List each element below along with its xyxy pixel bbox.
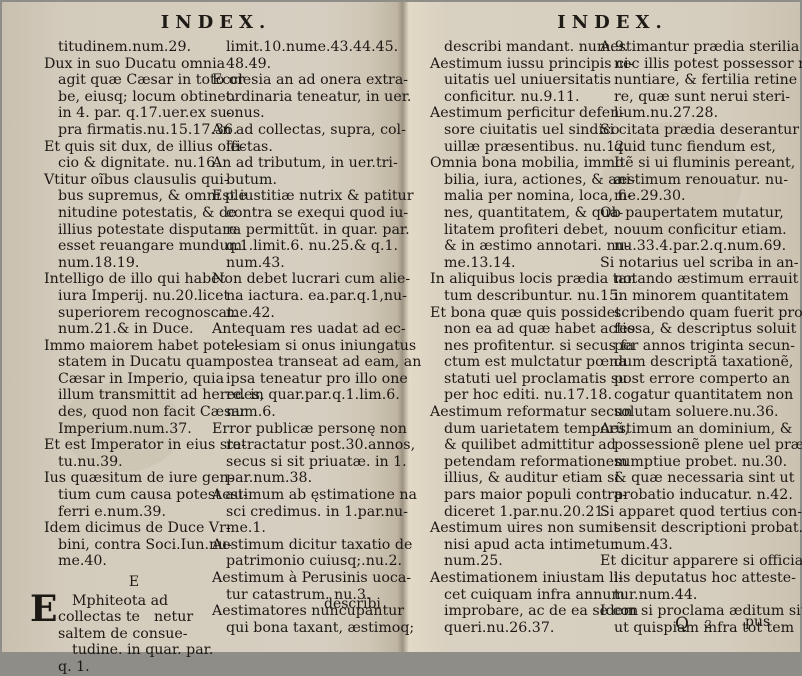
entry-line: ordinaria teneatur, in uer.	[226, 89, 372, 106]
entry-line: Immo maiorem habet pote-	[58, 338, 224, 355]
index-entry: Non debet lucrari cum alie-na iactura. e…	[212, 271, 372, 321]
entry-line: cogatur quantitatem non	[614, 387, 770, 404]
index-entry: Error publicæ personę nonretractatur pos…	[212, 421, 372, 487]
left-page-column-a: titudinem.num.29.Dux in suo Ducatu omnia…	[44, 39, 224, 654]
entry-line: queri.nu.26.37.	[444, 620, 600, 637]
entry-line: limit.10.nume.43.44.45.	[226, 39, 372, 56]
entry-line: re, quæ sunt nerui steri-	[614, 89, 770, 106]
index-entry: Et dicitur apparere si officialis deputa…	[600, 553, 770, 603]
entry-line: lectas.	[226, 139, 372, 156]
entry-line: petendam reformationem	[444, 454, 600, 471]
entry-line: per annos triginta secun-	[614, 338, 770, 355]
entry-line: num.25.	[444, 553, 600, 570]
book-spread: INDEX. titudinem.num.29.Dux in suo Ducat…	[2, 2, 800, 652]
entry-line: iura Imperij. nu.20.licet	[58, 288, 224, 305]
index-entry: An ad tributum, in uer.tri-butum.	[212, 155, 372, 188]
entry-line: pra firmatis.nu.15.17.36.	[58, 122, 224, 139]
index-entry: Ius quæsitum de iure gen-tium cum causa …	[44, 470, 224, 520]
entry-line: bus supremus, & omni ple	[58, 188, 224, 205]
entry-line: lium.nu.27.28.	[614, 105, 770, 122]
entry-line: bini, contra Soci.Iun.nu-	[58, 537, 224, 554]
entry-line: num.43.	[614, 537, 770, 554]
entry-line: Dux in suo Ducatu omnia	[58, 56, 224, 73]
entry-line: num.18.19.	[58, 255, 224, 272]
entry-line: ra permittũt. in quar. par.	[226, 222, 372, 239]
entry-line: Antequam res uadat ad ec-	[226, 321, 372, 338]
entry-line: Itẽ si ui fluminis pereant,	[614, 155, 770, 172]
entry-line: fessa, & descriptus soluit	[614, 321, 770, 338]
page-header: INDEX.	[2, 12, 400, 33]
entry-line: Cæsar in Imperio, quia	[58, 371, 224, 388]
entry-line: nisi apud acta intimetur.	[444, 537, 600, 554]
entry-line: scribendo quam fuerit pro	[614, 305, 770, 322]
entry-line: nu.33.4.par.2.q.num.69.	[614, 238, 770, 255]
index-entry: Et bona quæ quis possidetnon ea ad quæ h…	[430, 305, 600, 405]
right-page-column-a: describi mandant. num.9.Aestimum iussu p…	[430, 39, 600, 636]
index-entry: Aestimum an dominium, &possessionẽ plene…	[600, 421, 770, 504]
entry-line: num.21.& in Duce.	[58, 321, 224, 338]
entry-line: esset reuangare mundum.	[58, 238, 224, 255]
index-entry: Dux in suo Ducatu omniaagit quæ Cæsar in…	[44, 56, 224, 139]
entry-line: Aestimum an dominium, &	[614, 421, 770, 438]
entry-line: Omnia bona mobilia, immo	[444, 155, 600, 172]
entry-line: re. in quar.par.q.1.lim.6.	[226, 387, 372, 404]
entry-line: malia per nomina, loca, fi-	[444, 188, 600, 205]
index-entry: Aestimum dicitur taxatio depatrimonio cu…	[212, 537, 372, 570]
entry-line: sore ciuitatis uel sindico	[444, 122, 600, 139]
entry-line: 48.49.	[226, 56, 372, 73]
index-entry: Aestimum iussu principis ci-uitatis uel …	[430, 56, 600, 106]
entry-line: Ius quæsitum de iure gen-	[58, 470, 224, 487]
entry-line: An ad collectas, supra, col-	[226, 122, 372, 139]
index-entry: Ecclesia an ad onera extra-ordinaria ten…	[212, 72, 372, 122]
entry-line: Aestimum à Perusinis uoca-	[226, 570, 372, 587]
entry-line: & quæ necessaria sint ut	[614, 470, 770, 487]
entry-line: me.1.	[226, 520, 372, 537]
entry-line: probatio inducatur. n.42.	[614, 487, 770, 504]
left-page-column-b: limit.10.nume.43.44.45.48.49.Ecclesia an…	[212, 39, 372, 636]
index-entry: In aliquibus locis prædia tantum describ…	[430, 271, 600, 304]
entry-line: illius, & auditur etiam si	[444, 470, 600, 487]
entry-line: litatem profiteri debet,	[444, 222, 600, 239]
index-entry: Aestimum ab ęstimatione nasci credimus. …	[212, 487, 372, 537]
entry-line: in minorem quantitatem	[614, 288, 770, 305]
entry-line: me.29.30.	[614, 188, 770, 205]
entry-line: Vtitur oĩbus clausulis qui-	[58, 172, 224, 189]
entry-line: in 4. par. q.17.uer.ex su-	[58, 105, 224, 122]
entry-line: ipsa teneatur pro illo one	[226, 371, 372, 388]
index-entry: Intelligo de illo qui habetiura Imperij.…	[44, 271, 224, 337]
entry-line: uillæ præsentibus. nu.12.	[444, 139, 600, 156]
entry-line: cet cuiquam infra annum	[444, 587, 600, 604]
entry-line: quid tunc fiendum est,	[614, 139, 770, 156]
entry-line: pars maior populi contra-	[444, 487, 600, 504]
entry-line: titudinem.num.29.	[58, 39, 224, 56]
entry-line: Si apparet quod tertius con-	[614, 504, 770, 521]
entry-line: Aestimationem iniustam li-	[444, 570, 600, 587]
entry-line: des, quod non facit Cæsar	[58, 404, 224, 421]
entry-line: qui bona taxant, æstimoq;	[226, 620, 372, 637]
entry-line: Et bona quæ quis possidet	[444, 305, 600, 322]
index-entry: Et quis sit dux, de illius offi-cio & di…	[44, 139, 224, 172]
entry-line: æstimum renouatur. nu-	[614, 172, 770, 189]
entry-line: postea transeat ad eam, an	[226, 354, 372, 371]
entry-line: agit quæ Cæsar in toto or	[58, 72, 224, 89]
entry-line: tu.nu.39.	[58, 454, 224, 471]
entry-line: nouum conficitur etiam.	[614, 222, 770, 239]
entry-line: statem in Ducatu quam	[58, 354, 224, 371]
entry-line: contra se exequi quod iu-	[226, 205, 372, 222]
index-entry: Idem dicimus de Duce Vr-bini, contra Soc…	[44, 520, 224, 570]
entry-line: Aestimantur prædia sterilia	[614, 39, 770, 56]
entry-line: secus si sit priuatæ. in 1.	[226, 454, 372, 471]
entry-line: Si notarius uel scriba in an-	[614, 255, 770, 272]
index-entry: Aestimationem iniustam li-cet cuiquam in…	[430, 570, 600, 636]
entry-line: An ad tributum, in uer.tri-	[226, 155, 372, 172]
entry-line: cio & dignitate. nu.16.	[58, 155, 224, 172]
entry-line: solutam soluere.nu.36.	[614, 404, 770, 421]
right-page: INDEX. describi mandant. num.9.Aestimum …	[405, 2, 800, 652]
entry-line: Et quis sit dux, de illius offi-	[58, 139, 224, 156]
entry-line: nitudine potestatis, & de	[58, 205, 224, 222]
catchword: pus	[745, 614, 770, 630]
index-entry: Aestimum perficitur defen-sore ciuitatis…	[430, 105, 600, 155]
index-entry: Vtitur oĩbus clausulis qui-bus supremus,…	[44, 172, 224, 272]
index-entry: Si apparet quod tertius con-sensit descr…	[600, 504, 770, 554]
entry-line: per hoc editi. nu.17.18.	[444, 387, 600, 404]
entry-line: Aestimum ab ęstimatione na	[226, 487, 372, 504]
entry-line: sci credimus. in 1.par.nu-	[226, 504, 372, 521]
index-entry: Antequam res uadat ad ec-clesiam si onus…	[212, 321, 372, 421]
entry-line: tudine. in quar. par. q. 1.	[58, 642, 213, 654]
entry-line: Ecclesia an ad onera extra-	[226, 72, 372, 89]
entry-line: illius potestate disputare	[58, 222, 224, 239]
index-entry: Immo maiorem habet pote-statem in Ducatu…	[44, 338, 224, 438]
entry-line: lis deputatus hoc atteste-	[614, 570, 770, 587]
entry-line: par.num.38.	[226, 470, 372, 487]
entry-line: Intelligo de illo qui habet	[58, 271, 224, 288]
entry-line: Si citata prædia deserantur	[614, 122, 770, 139]
entry-line: & quilibet admittitur ad	[444, 437, 600, 454]
index-entry-dropcap: EMphiteota ad collectas tenetur saltem d…	[44, 593, 224, 654]
index-entry: Aestimantur prædia sterilianec illis pot…	[600, 39, 770, 122]
entry-line: me.13.14.	[444, 255, 600, 272]
entry-line: Ob paupertatem mutatur,	[614, 205, 770, 222]
entry-line: me.40.	[58, 553, 224, 570]
entry-line: Idem dicimus de Duce Vr-	[58, 520, 224, 537]
index-entry: Et est Imperator in eius sta-tu.nu.39.	[44, 437, 224, 470]
entry-line: non ea ad quæ habet actio	[444, 321, 600, 338]
index-entry: Aestimum reformatur secundum uarietatem …	[430, 404, 600, 520]
left-page: INDEX. titudinem.num.29.Dux in suo Ducat…	[2, 2, 400, 652]
index-entry: An ad collectas, supra, col-lectas.	[212, 122, 372, 155]
entry-line: me.42.	[226, 305, 372, 322]
entry-line: ferri e.num.39.	[58, 504, 224, 521]
section-letter: E	[44, 574, 224, 591]
entry-line: Error publicæ personę non	[226, 421, 372, 438]
entry-line: Imperium.num.37.	[58, 421, 224, 438]
entry-line: Et est Imperator in eius sta-	[58, 437, 224, 454]
entry-line: nes profitentur. si secus fa	[444, 338, 600, 355]
signature-number: 2	[705, 618, 712, 631]
entry-line: superiorem recognoscat.	[58, 305, 224, 322]
index-entry: Ob paupertatem mutatur,nouum conficitur …	[600, 205, 770, 255]
index-entry: Aestimum uires non sumitnisi apud acta i…	[430, 520, 600, 570]
entry-line: nuntiare, & fertilia retine	[614, 72, 770, 89]
page-header: INDEX.	[405, 12, 800, 33]
entry-line: retractatur post.30.annos,	[226, 437, 372, 454]
entry-line: In aliquibus locis prædia tan	[444, 271, 600, 288]
entry-line: diceret 1.par.nu.20.21.	[444, 504, 600, 521]
entry-line: tum describuntur. nu.15.	[444, 288, 600, 305]
entry-line: possessionẽ plene uel præ	[614, 437, 770, 454]
entry-line: uitatis uel uniuersitatis	[444, 72, 600, 89]
entry-line: q.1.limit.6. nu.25.& q.1.	[226, 238, 372, 255]
entry-line: & in æstimo annotari. nu-	[444, 238, 600, 255]
drop-cap: E	[30, 591, 57, 627]
entry-line: num.43.	[226, 255, 372, 272]
entry-line: illum transmittit ad heredes,	[58, 387, 224, 404]
entry-line: post errore comperto an	[614, 371, 770, 388]
entry-line: statuti uel proclamatis su	[444, 371, 600, 388]
entry-line: clesiam si onus iniungatus	[226, 338, 372, 355]
entry-line: Aestimum uires non sumit	[444, 520, 600, 537]
entry-line: improbare, ac de ea se con	[444, 603, 600, 620]
entry-line: onus.	[226, 105, 372, 122]
entry-line: Non debet lucrari cum alie-	[226, 271, 372, 288]
signature-mark: Q	[675, 614, 689, 634]
index-entry: Si citata prædia deseranturquid tunc fie…	[600, 122, 770, 205]
entry-line: Aestimum dicitur taxatio de	[226, 537, 372, 554]
entry-line: be, eiusq; locum obtinet.	[58, 89, 224, 106]
entry-line: Et dicitur apparere si officia	[614, 553, 770, 570]
index-entry: titudinem.num.29.	[44, 39, 224, 56]
index-entry: Si notarius uel scriba in an-notando æst…	[600, 255, 770, 421]
entry-line: ctum est mulctatur pœna	[444, 354, 600, 371]
entry-line: describi mandant. num.9.	[444, 39, 600, 56]
entry-line: dum descriptã taxationẽ,	[614, 354, 770, 371]
entry-line: Est iustitiæ nutrix & patitur	[226, 188, 372, 205]
entry-line: Aestimum iussu principis ci-	[444, 56, 600, 73]
index-entry: limit.10.nume.43.44.45.48.49.	[212, 39, 372, 72]
entry-line: nes, quantitatem, & qua-	[444, 205, 600, 222]
index-entry: Est iustitiæ nutrix & patiturcontra se e…	[212, 188, 372, 271]
entry-line: notando æstimum errauit	[614, 271, 770, 288]
entry-line: conficitur. nu.9.11.	[444, 89, 600, 106]
entry-line: bilia, iura, actiones, & ani-	[444, 172, 600, 189]
entry-line: Aestimum reformatur secun	[444, 404, 600, 421]
entry-line: sumptiue probet. nu.30.	[614, 454, 770, 471]
right-page-column-b: Aestimantur prædia sterilianec illis pot…	[600, 39, 770, 636]
entry-line: tium cum causa potest au-	[58, 487, 224, 504]
index-entry: Omnia bona mobilia, immobilia, iura, act…	[430, 155, 600, 271]
entry-line: tur.num.44.	[614, 587, 770, 604]
entry-line: butum.	[226, 172, 372, 189]
entry-line: sensit descriptioni probat.	[614, 520, 770, 537]
entry-line: na iactura. ea.par.q.1,nu-	[226, 288, 372, 305]
catchword: describi	[324, 596, 381, 612]
entry-line: dum uarietatem temporũ,	[444, 421, 600, 438]
entry-line: Aestimum perficitur defen-	[444, 105, 600, 122]
entry-line: nec illis potest possessor re	[614, 56, 770, 73]
entry-line: num.6.	[226, 404, 372, 421]
entry-line: patrimonio cuiusq;.nu.2.	[226, 553, 372, 570]
index-entry: describi mandant. num.9.	[430, 39, 600, 56]
